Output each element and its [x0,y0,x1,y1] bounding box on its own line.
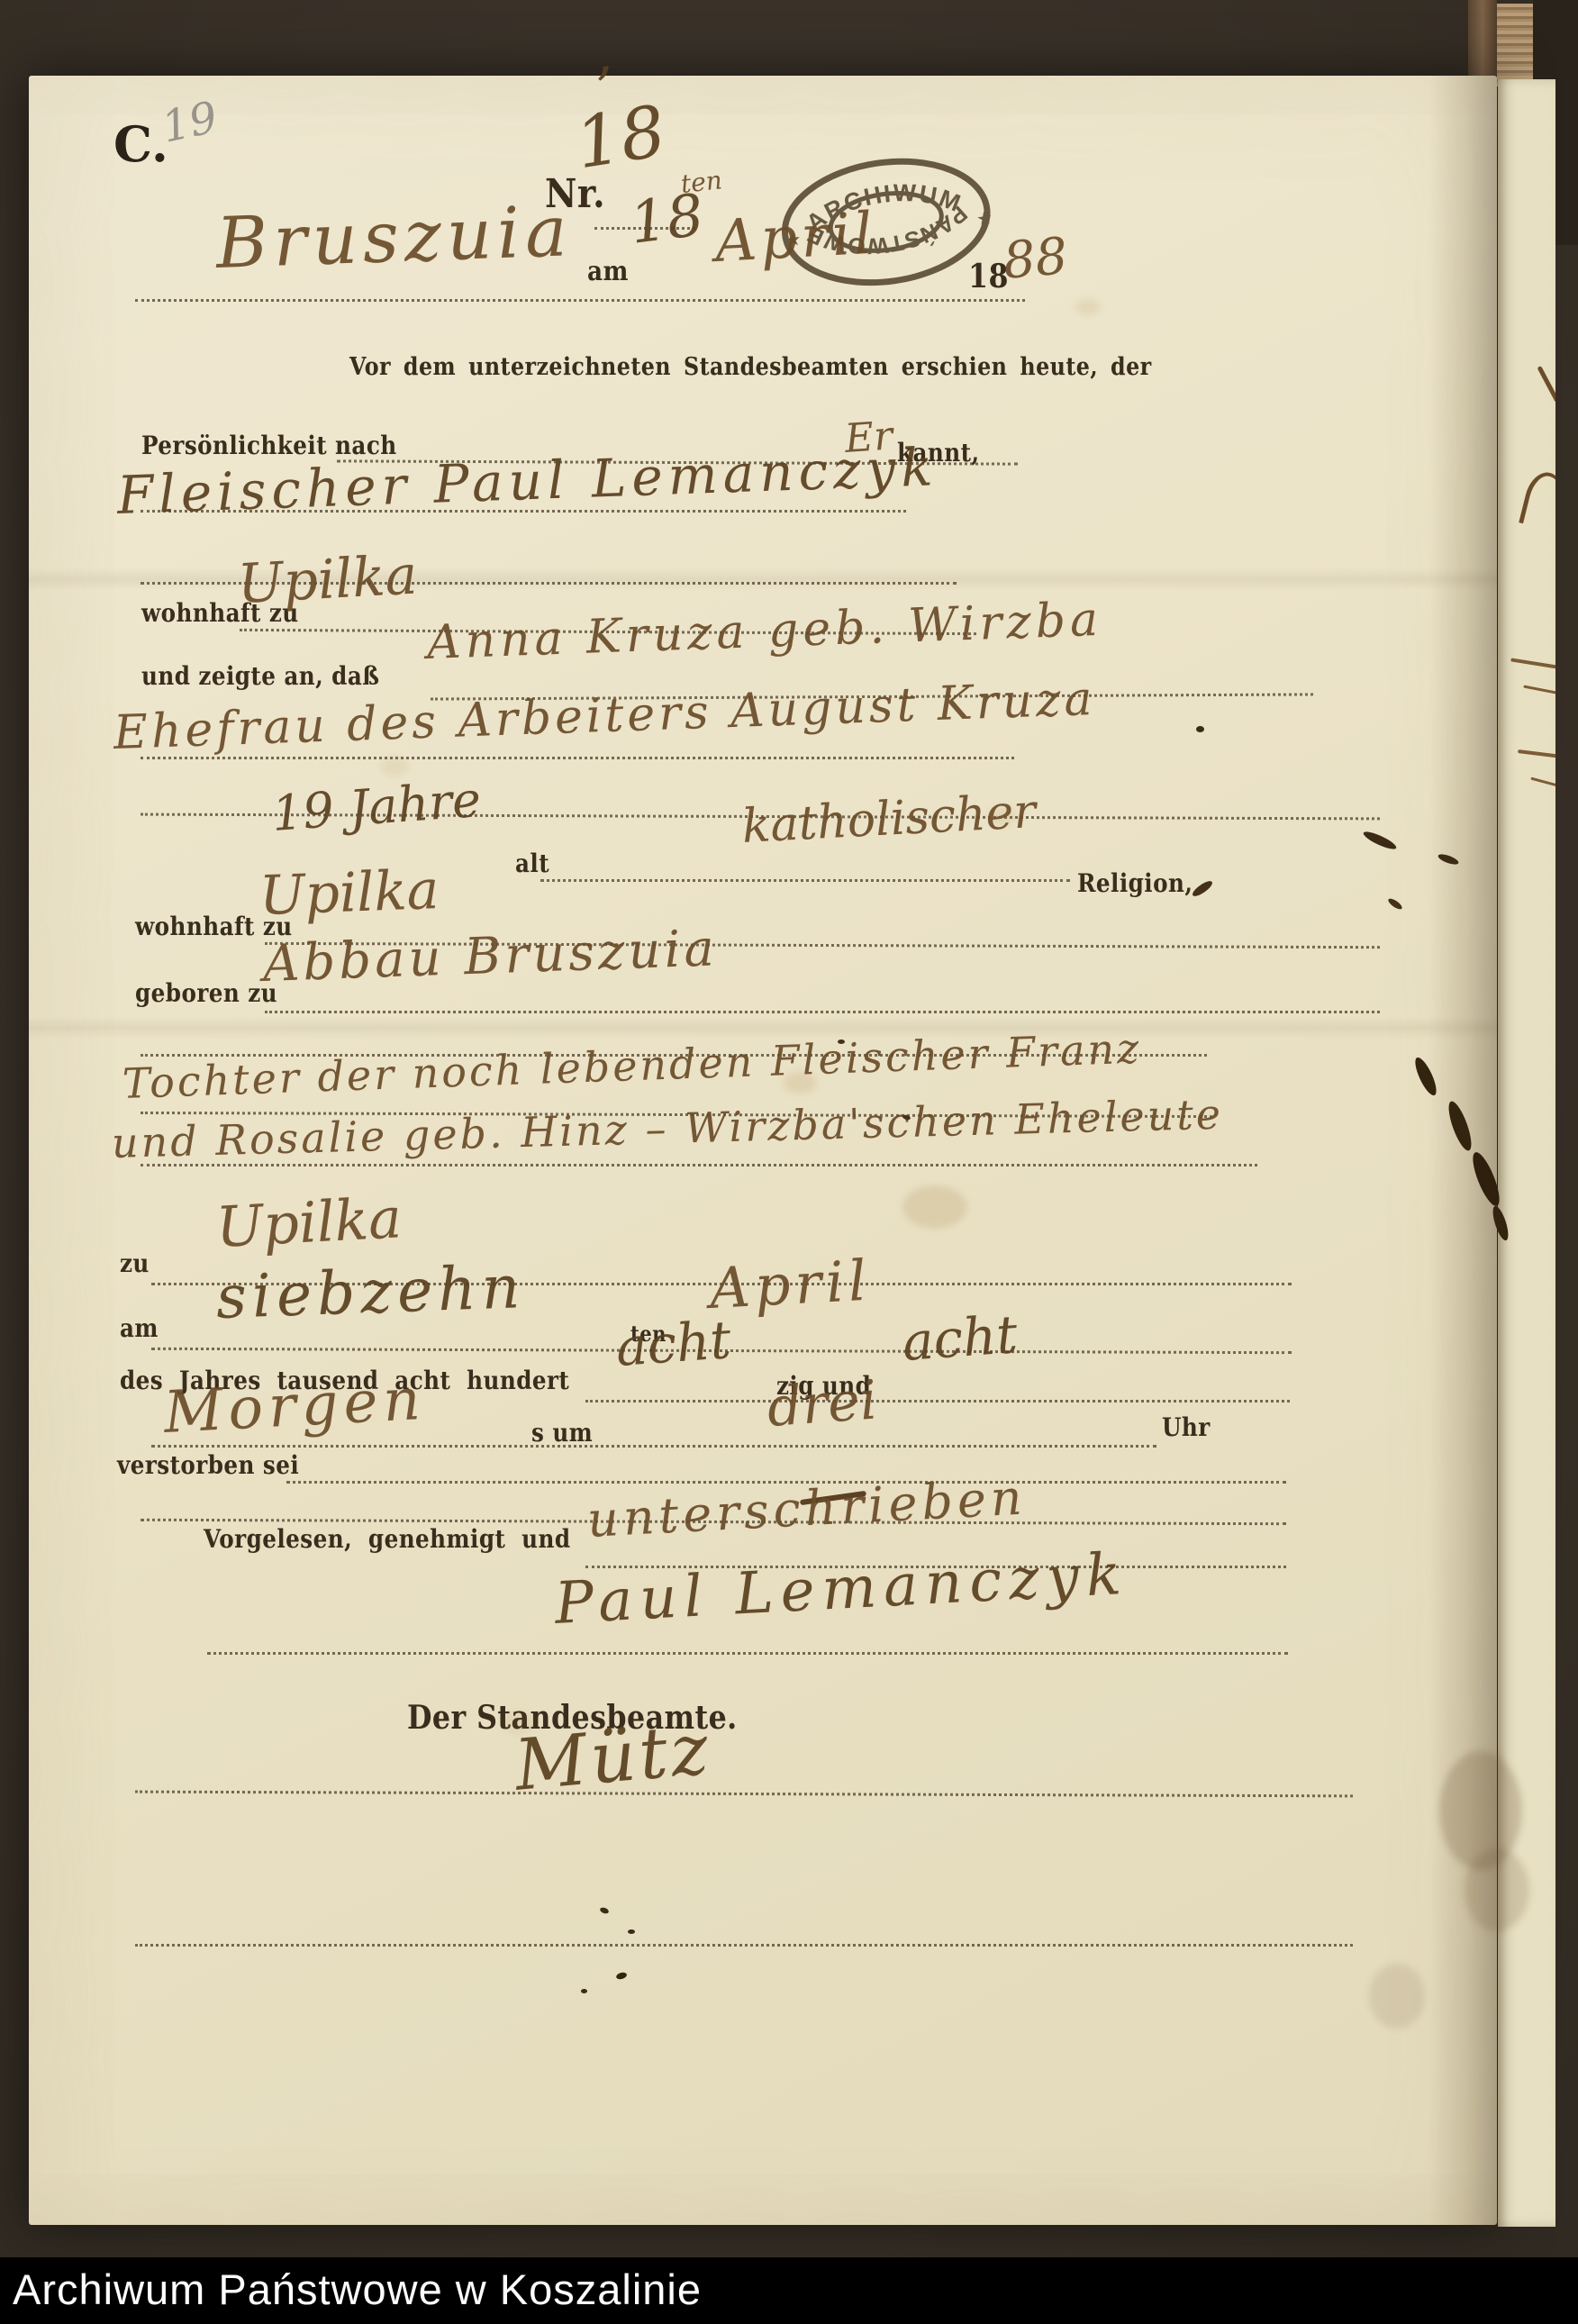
zeigte-label: und zeigte an, daß [141,661,379,691]
verstorben-label: verstorben sei [117,1450,299,1480]
unit-handwritten: acht [901,1303,1020,1373]
page-block-edge [1497,4,1533,86]
archival-scan: C. 19 Nr. ’ 18 ARCHIWUM PAŃSTWOWE ★ ★ [0,0,1578,2324]
paper-stain [1369,1964,1425,2029]
religion-label: Religion, [1077,868,1193,898]
dotted-line [265,1011,1380,1013]
archive-name-label: Archiwum Państwowe w Koszalinie [13,2265,702,2314]
nr-value-handwritten: 18 [570,91,671,185]
next-page-ink-fragment [1530,777,1555,790]
residence-1-handwritten: Upilka [236,544,419,616]
zu-label: zu [120,1248,150,1278]
next-page-ink-fragment [1523,685,1555,697]
foxing-spot [902,1185,967,1229]
dotted-line [141,757,1014,759]
death-am-label: am [120,1313,159,1343]
ink-speck [1196,726,1204,732]
time-of-day-handwritten: Morgen [162,1366,427,1447]
residence-2-handwritten: Upilka [258,858,440,928]
dotted-line [151,1445,1156,1448]
am-label: am [587,256,629,287]
ink-speck [628,1929,635,1934]
next-page-ink-fragment [1519,468,1555,531]
vorgelesen-label: Vorgelesen, genehmigt und [204,1524,571,1554]
death-place-handwritten: Upilka [214,1185,404,1260]
dotted-line [207,1652,1288,1655]
uhr-label: Uhr [1162,1412,1211,1442]
year-handwritten: 88 [1001,227,1070,291]
day-suffix-handwritten: ten [679,165,723,199]
foxing-spot [784,1072,816,1094]
death-month-handwritten: April [708,1248,872,1321]
alt-label: alt [515,849,549,878]
foxing-spot [501,1711,535,1733]
dotted-line [585,1400,1290,1403]
corner-letter: C. [113,115,168,173]
place-handwritten: Bruszuia [214,191,574,285]
foxing-spot [380,757,409,776]
paper-stain [1465,1848,1529,1931]
next-page-ink-fragment [1510,658,1555,671]
next-page-ink-fragment [1518,749,1555,760]
s-um-label: s um [531,1418,593,1448]
stamp-right-star-icon: ★ [975,206,994,230]
month-handwritten: April [713,201,877,276]
next-page-ink-fragment [1537,366,1555,403]
foxing-spot [989,807,1016,825]
dotted-line [135,1944,1353,1947]
foxing-spot [1075,299,1101,315]
geboren-label: geboren zu [135,978,277,1008]
dotted-line [135,299,1025,302]
death-day-handwritten: siebzehn [215,1252,527,1332]
decade-handwritten: acht [614,1309,733,1378]
dotted-line [141,1164,1257,1167]
hour-handwritten: drei [766,1369,879,1439]
ink-speck [581,1989,587,1993]
paper-crease [29,1016,1497,1039]
dotted-line [540,879,1070,882]
form-intro-line: Vor dem unterzeichneten Standesbeamten e… [349,353,1152,381]
ink-speck [838,1039,845,1044]
